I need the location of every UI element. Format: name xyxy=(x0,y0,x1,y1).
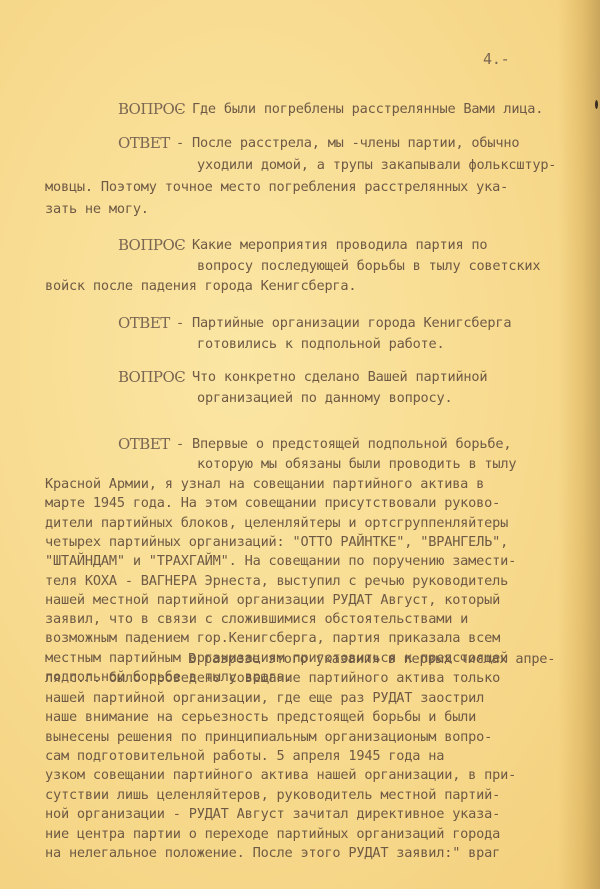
paragraph-text: сутствии лишь целенляйтеров, руководител… xyxy=(45,789,500,803)
answer-text: - После расстрела, мы -члены партии, обы… xyxy=(176,137,519,151)
answer-label: ОТВЕТ xyxy=(118,136,170,151)
answer-text: четырех партийных организаций: "ОТТО РАЙ… xyxy=(45,536,508,550)
paragraph-text: В разрезе этого указания в первых числах… xyxy=(188,653,555,667)
paragraph-text: узком совещании партийного актива нашей … xyxy=(45,769,516,783)
answer-text: возможным падением гор.Кенигсберга, парт… xyxy=(45,632,500,646)
answer-label: ОТВЕТ xyxy=(118,316,170,331)
answer-text: Красной Армии, я узнал на совещании парт… xyxy=(45,478,484,492)
answer-text: мовцы. Поэтому точное место погребления … xyxy=(45,181,508,195)
document-page: 4.- ВОПРОС - Где были погреблены расстре… xyxy=(0,0,600,889)
paragraph-text: наше внимание на серьезность предстоящей… xyxy=(45,711,476,725)
paragraph-text: ля с.г. было проведено совещание партийн… xyxy=(45,672,500,686)
answer-text: готовились к подпольной работе. xyxy=(197,338,445,352)
paper-mark xyxy=(595,100,598,109)
question-text: войск после падения города Кенигсберга. xyxy=(45,280,356,294)
question-text: - Что конкретно сделано Вашей партийной xyxy=(176,371,487,385)
paragraph-text: вынесены решения по принципиальным орган… xyxy=(45,731,492,745)
paragraph-text: ной организации - РУДАТ Август зачитал д… xyxy=(45,808,500,822)
answer-text: уходили домой, а трупы закапывали фолькс… xyxy=(197,159,556,173)
answer-text: "ШТАЙНДАМ" и "ТРАХГАЙМ". На совещании по… xyxy=(45,555,516,569)
answer-text: марте 1945 года. На этом совещании прису… xyxy=(45,497,500,511)
paragraph-text: на нелегальное положение. После этого РУ… xyxy=(45,847,500,861)
question-text: - Какие мероприятия проводила партия по xyxy=(176,239,487,253)
answer-text: дители партийных блоков, целенляйтеры и … xyxy=(45,517,508,531)
answer-text: - Партийные организации города Кенигсбер… xyxy=(176,317,511,331)
answer-text: которую мы обязаны были проводить в тылу xyxy=(197,458,516,472)
answer-label: ОТВЕТ xyxy=(118,437,170,452)
paragraph-text: сам подготовительной работы. 5 апреля 19… xyxy=(45,750,444,764)
page-number: 4.- xyxy=(483,52,510,67)
paragraph-text: нашей партийной организации, где еще раз… xyxy=(45,692,484,706)
answer-text: заявил, что в связи с сложившимися обсто… xyxy=(45,613,468,627)
answer-text: - Впервые о предстоящей подпольной борьб… xyxy=(176,438,511,452)
question-text: организацией по данному вопросу. xyxy=(197,392,453,406)
question-text: вопросу последующей борьбы в тылу советс… xyxy=(197,260,540,274)
question-text: - Где были погреблены расстрелянные Вами… xyxy=(176,103,543,117)
answer-text: теля КОХА - ВАГНЕРА Эрнеста, выступил с … xyxy=(45,575,508,589)
paragraph-text: ние центра партии о переходе партийных о… xyxy=(45,828,500,842)
answer-text: нашей местной партийной организации РУДА… xyxy=(45,594,500,608)
answer-text: зать не могу. xyxy=(45,203,149,217)
